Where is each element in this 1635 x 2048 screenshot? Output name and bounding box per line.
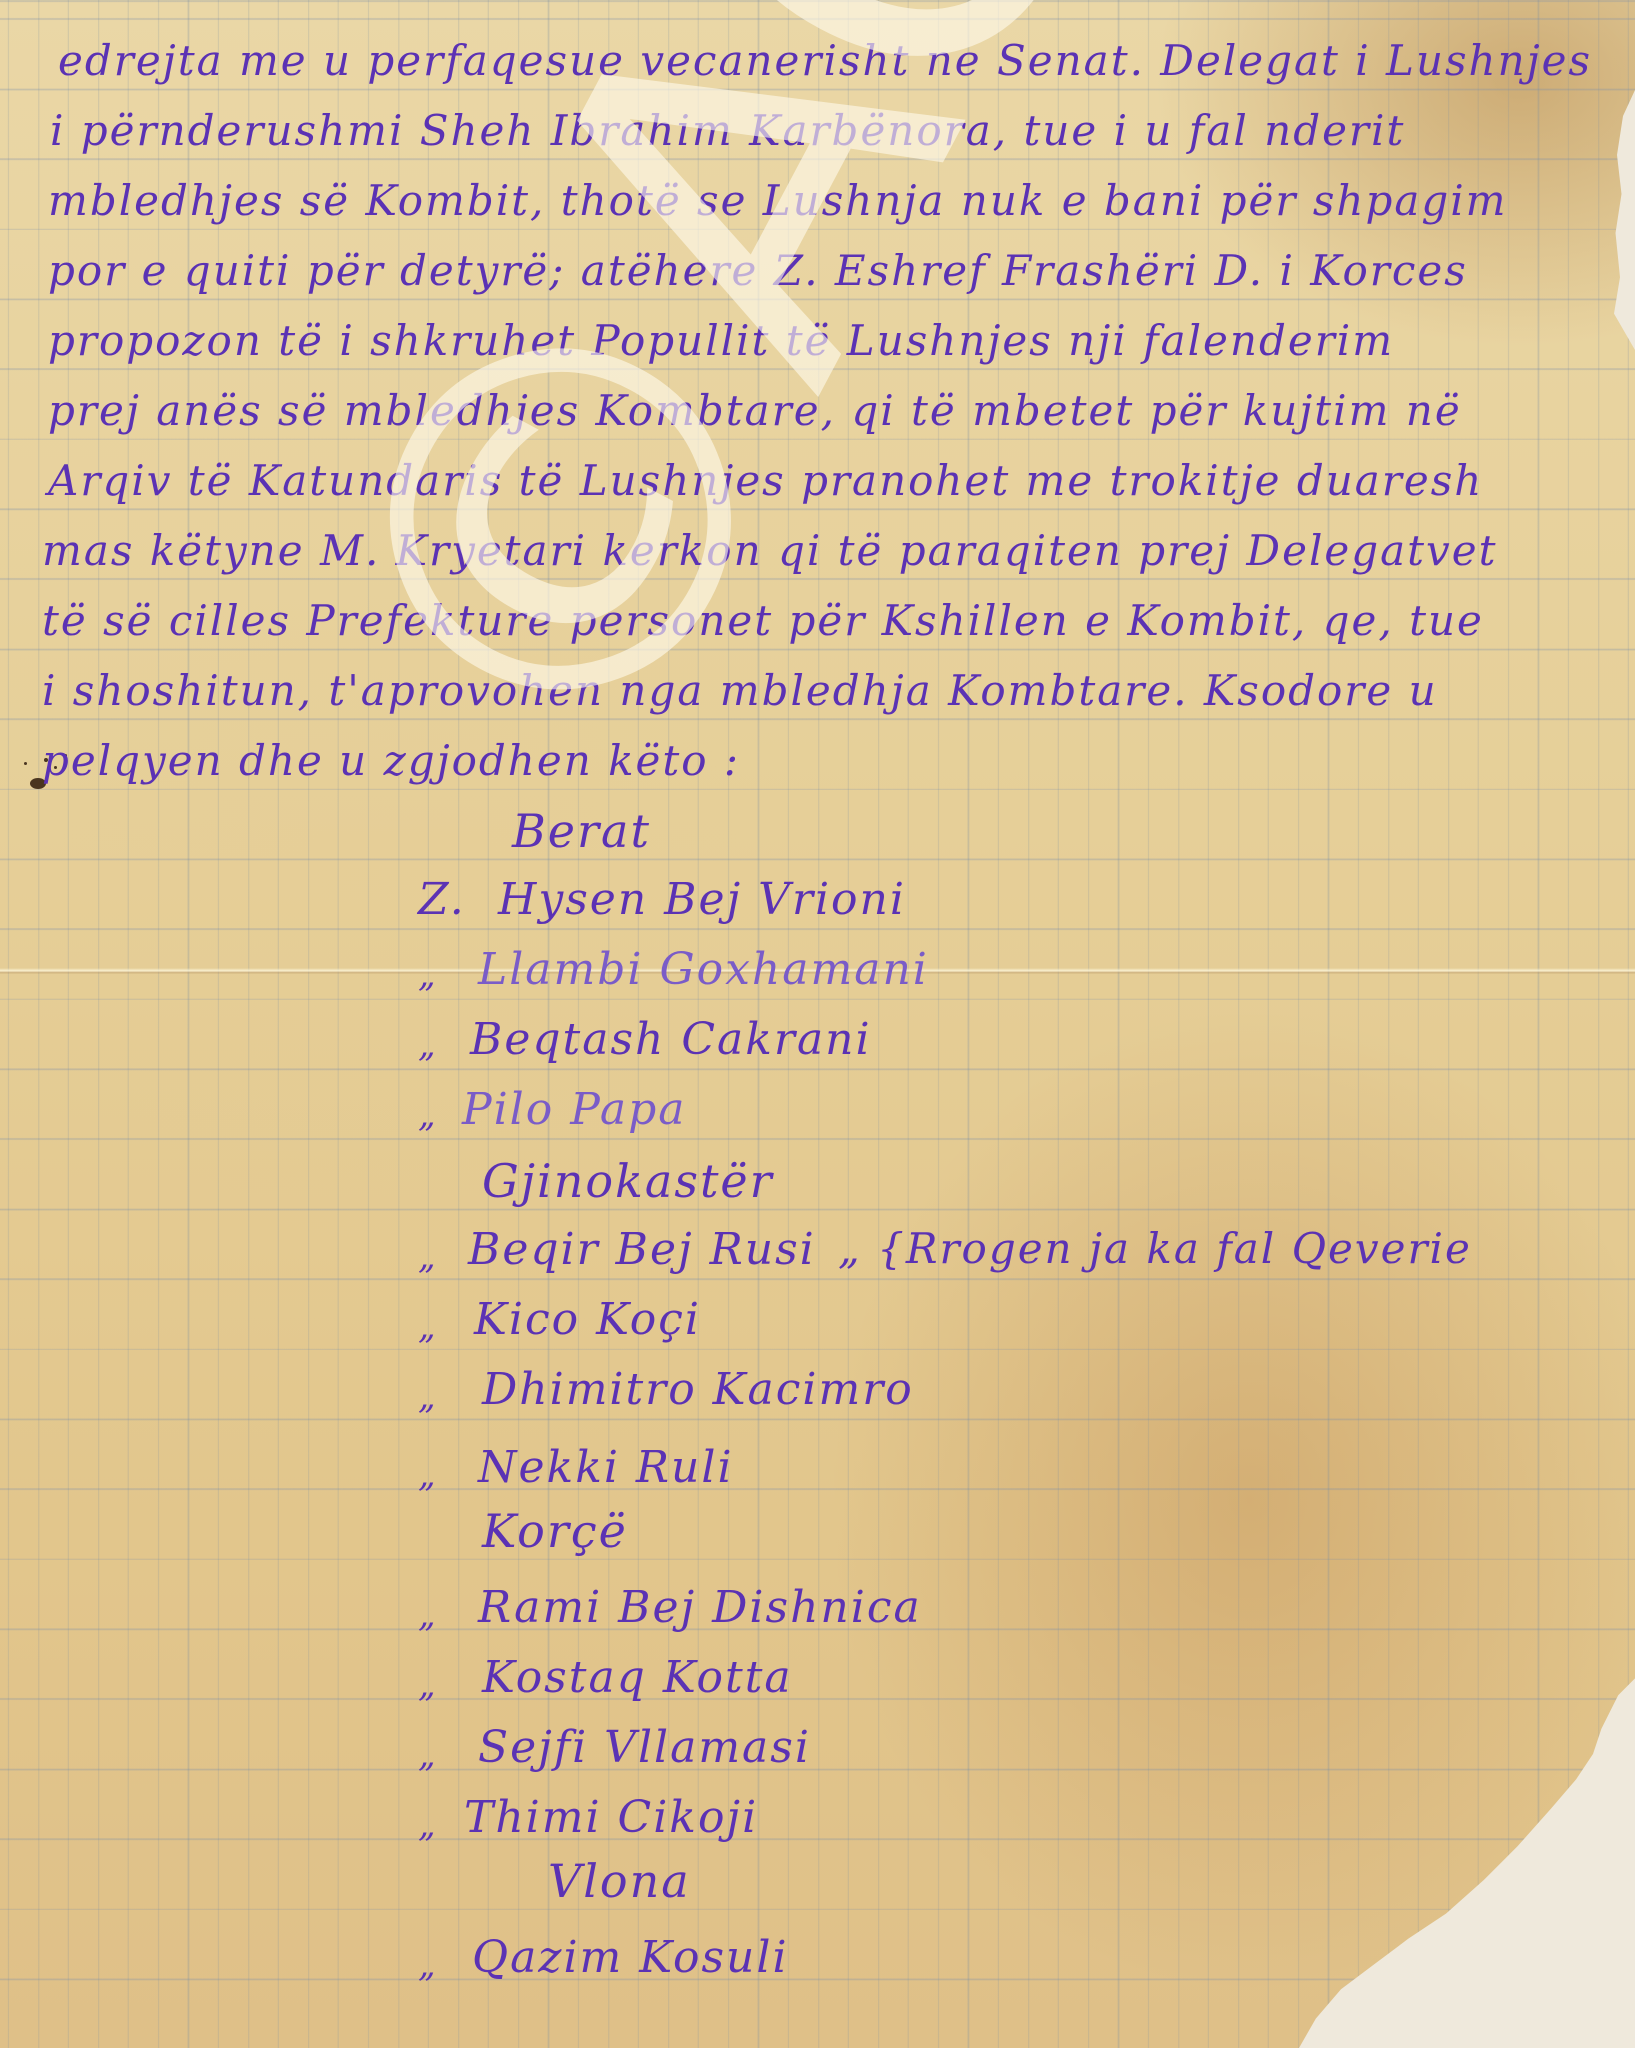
ditto-mark: „ [418, 1598, 438, 1632]
paragraph-line: pelqyen dhe u zgjodhen këto : [42, 740, 740, 782]
margin-note: „ {Rrogen ja ka fal Qeverie [838, 1228, 1472, 1270]
member-name: Nekki Ruli [478, 1446, 734, 1490]
paragraph-line: Arqiv të Katundaris të Lushnjes pranohet… [48, 460, 1483, 502]
ditto-mark: „ [418, 1380, 438, 1414]
ditto-mark: „ [418, 1458, 438, 1492]
ditto-mark: „ [418, 958, 438, 992]
prefecture-heading: Berat [512, 808, 651, 854]
member-name: Llambi Goxhamani [478, 948, 929, 992]
prefecture-heading: Gjinokastër [482, 1158, 774, 1204]
member-name: Rami Bej Dishnica [478, 1586, 922, 1630]
member-name: Beqir Bej Rusi [468, 1228, 816, 1272]
title-prefix: Z. [418, 878, 466, 922]
paragraph-line: prej anës së mbledhjes Kombtare, qi të m… [48, 390, 1462, 432]
member-name: Hysen Bej Vrioni [498, 878, 906, 922]
prefecture-heading: Vlona [548, 1858, 691, 1904]
member-name: Dhimitro Kacimro [482, 1368, 914, 1412]
ditto-mark: „ [418, 1098, 438, 1132]
member-name: Pilo Papa [462, 1088, 687, 1132]
member-name: Qazim Kosuli [472, 1936, 789, 1980]
paragraph-line: edrejta me u perfaqesue vecanerisht ne S… [58, 40, 1592, 82]
paragraph-line: të së cilles Prefekture personet për Ksh… [42, 600, 1484, 642]
ditto-mark: „ [418, 1948, 438, 1982]
paragraph-line: propozon të i shkruhet Popullit të Lushn… [48, 320, 1394, 362]
ditto-mark: „ [418, 1310, 438, 1344]
ditto-mark: „ [418, 1240, 438, 1274]
ditto-mark: „ [418, 1028, 438, 1062]
document-page: edrejta me u perfaqesue vecanerisht ne S… [0, 0, 1635, 2048]
prefecture-heading: Korçë [482, 1508, 628, 1554]
member-name: Sejfi Vllamasi [478, 1726, 811, 1770]
paragraph-line: i përnderushmi Sheh Ibrahim Karbënora, t… [50, 110, 1405, 152]
ditto-mark: „ [418, 1808, 438, 1842]
ditto-mark: „ [418, 1668, 438, 1702]
member-name: Beqtash Cakrani [470, 1018, 872, 1062]
member-name: Kostaq Kotta [482, 1656, 793, 1700]
paragraph-line: mbledhjes së Kombit, thotë se Lushnja nu… [48, 180, 1508, 222]
paragraph-line: por e quiti për detyrë; atëhere Z. Eshre… [48, 250, 1468, 292]
paragraph-line: i shoshitun, t'aprovohen nga mbledhja Ko… [42, 670, 1438, 712]
paragraph-line: mas këtyne M. Kryetari kerkon qi të para… [42, 530, 1498, 572]
member-name: Thimi Cikoji [464, 1796, 758, 1840]
member-name: Kico Koçi [474, 1298, 701, 1342]
ditto-mark: „ [418, 1738, 438, 1772]
